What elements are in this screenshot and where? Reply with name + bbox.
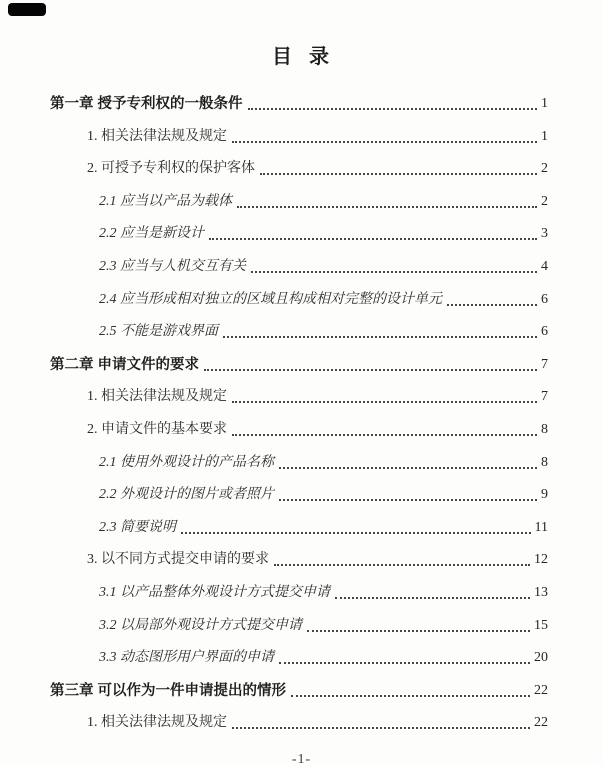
toc-entry-page: 13 [534,583,548,603]
toc-entry-label: 第一章 授予专利权的一般条件 [50,94,243,114]
toc-entry-label: 3.3 动态图形用户界面的申请 [99,648,274,668]
dot-leader [251,271,537,273]
toc-entry-page: 7 [541,355,548,375]
toc-entry-label: 3.2 以局部外观设计方式提交申请 [99,616,302,636]
dot-leader [274,564,530,566]
toc-entry-label: 3. 以不同方式提交申请的要求 [87,550,269,570]
toc-entry: 第一章 授予专利权的一般条件 1 [50,94,548,114]
toc-entry-label: 3.1 以产品整体外观设计方式提交申请 [99,583,330,603]
toc-entry: 第三章 可以作为一件申请提出的情形 22 [50,681,548,701]
toc-entry: 2. 申请文件的基本要求 8 [50,420,548,440]
dot-leader [279,467,537,469]
toc-entry-label: 2.4 应当形成相对独立的区域且构成相对完整的设计单元 [99,290,442,310]
toc-entry-label: 2.3 简要说明 [99,518,176,538]
toc-entry: 2.1 应当以产品为载体 2 [50,192,548,212]
dot-leader [260,173,537,175]
dot-leader [223,336,537,338]
toc-entry-label: 2.1 使用外观设计的产品名称 [99,453,274,473]
toc-entry: 1. 相关法律法规及规定 7 [50,387,548,407]
dot-leader [291,695,530,697]
dot-leader [181,532,531,534]
toc-entry-label: 2.2 外观设计的图片或者照片 [99,485,274,505]
dot-leader [232,141,537,143]
toc-entry: 3.3 动态图形用户界面的申请 20 [50,648,548,668]
toc-entry: 1. 相关法律法规及规定 1 [50,127,548,147]
toc-entry-label: 1. 相关法律法规及规定 [87,387,227,407]
toc-entry-label: 第二章 申请文件的要求 [50,355,199,375]
dot-leader [307,630,530,632]
corner-mark [8,3,46,16]
toc-entry-label: 1. 相关法律法规及规定 [87,127,227,147]
toc-entry-page: 9 [541,485,548,505]
dot-leader [232,401,537,403]
toc-entry: 第二章 申请文件的要求 7 [50,355,548,375]
dot-leader [232,727,530,729]
dot-leader [209,238,537,240]
page-number-footer: -1- [0,752,603,766]
dot-leader [237,206,537,208]
toc-entry: 2.5 不能是游戏界面 6 [50,322,548,342]
toc-entry: 3.2 以局部外观设计方式提交申请 15 [50,616,548,636]
toc-entry-label: 第三章 可以作为一件申请提出的情形 [50,681,286,701]
toc-entry-page: 2 [541,159,548,179]
toc-entry: 2. 可授予专利权的保护客体 2 [50,159,548,179]
toc-entry-page: 15 [534,616,548,636]
toc-entry-page: 6 [541,290,548,310]
toc-entry-page: 8 [541,453,548,473]
toc-entry-page: 2 [541,192,548,212]
toc-entry: 2.3 应当与人机交互有关 4 [50,257,548,277]
toc-entry-label: 2.1 应当以产品为载体 [99,192,232,212]
page-title: 目 录 [0,40,603,69]
dot-leader [447,304,537,306]
toc-entry-label: 1. 相关法律法规及规定 [87,713,227,733]
toc-entry-page: 20 [534,648,548,668]
toc-entry: 3.1 以产品整体外观设计方式提交申请 13 [50,583,548,603]
dot-leader [279,662,530,664]
dot-leader [232,434,537,436]
toc-entry-label: 2.5 不能是游戏界面 [99,322,218,342]
toc-entry-page: 8 [541,420,548,440]
toc-entry-page: 6 [541,322,548,342]
toc-entry: 2.1 使用外观设计的产品名称 8 [50,453,548,473]
toc-entry-page: 7 [541,387,548,407]
toc-entry: 2.2 外观设计的图片或者照片 9 [50,485,548,505]
toc-entry-page: 1 [541,127,548,147]
toc-entry-page: 11 [535,518,548,538]
toc-entry: 2.3 简要说明 11 [50,518,548,538]
toc-entry: 1. 相关法律法规及规定 22 [50,713,548,733]
toc-entry-label: 2. 申请文件的基本要求 [87,420,227,440]
dot-leader [279,499,537,501]
toc-entry-page: 22 [534,681,548,701]
toc-entry-page: 12 [534,550,548,570]
toc-entry-page: 3 [541,224,548,244]
toc-entry-page: 22 [534,713,548,733]
toc-list: 第一章 授予专利权的一般条件 1 1. 相关法律法规及规定 1 2. 可授予专利… [50,94,548,746]
toc-document-page: 目 录 第一章 授予专利权的一般条件 1 1. 相关法律法规及规定 1 2. 可… [0,0,603,766]
toc-entry: 2.4 应当形成相对独立的区域且构成相对完整的设计单元 6 [50,290,548,310]
toc-entry-page: 1 [541,94,548,114]
toc-entry-page: 4 [541,257,548,277]
toc-entry-label: 2.3 应当与人机交互有关 [99,257,246,277]
dot-leader [248,108,537,110]
toc-entry: 2.2 应当是新设计 3 [50,224,548,244]
toc-entry-label: 2.2 应当是新设计 [99,224,204,244]
dot-leader [335,597,530,599]
dot-leader [204,369,537,371]
toc-entry-label: 2. 可授予专利权的保护客体 [87,159,255,179]
toc-entry: 3. 以不同方式提交申请的要求 12 [50,550,548,570]
